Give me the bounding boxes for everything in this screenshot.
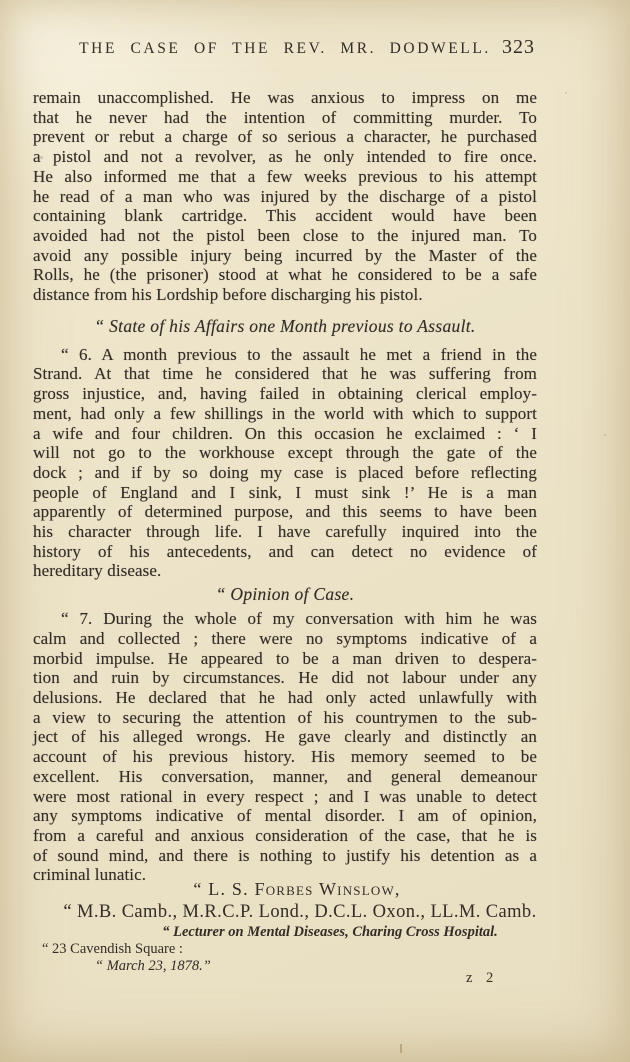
text-line: that he never had the intention of commi… (33, 108, 537, 128)
book-page: THE CASE OF THE REV. MR. DODWELL. 323 re… (0, 0, 630, 1062)
text-line: dock ; and if by so doing my case is pla… (33, 463, 537, 483)
text-line: hereditary disease. (33, 561, 537, 581)
signature-address: “ 23 Cavendish Square : (33, 941, 537, 958)
signature-name: “ L. S. Forbes Winslow, (45, 879, 549, 899)
text-line: a pistol and not a revolver, as he only … (33, 147, 537, 167)
paper-speck (565, 92, 567, 94)
text-line: Rolls, he (the prisoner) stood at what h… (33, 265, 537, 285)
text-line: calm and collected ; there were no sympt… (33, 629, 537, 649)
text-line: he read of a man who was injured by the … (33, 187, 537, 207)
page-content: THE CASE OF THE REV. MR. DODWELL. 323 re… (0, 0, 630, 975)
signature-block: “ L. S. Forbes Winslow, “ M.B. Camb., M.… (33, 879, 537, 975)
section-heading-state-of-affairs: “ State of his Affairs one Month previou… (33, 315, 537, 337)
text-line: Strand. At that time he considered that … (33, 364, 537, 384)
text-line: tion and ruin by circumstances. He did n… (33, 668, 537, 688)
text-line: were most rational in every respect ; an… (33, 787, 537, 807)
signature-title: “ Lecturer on Mental Diseases, Charing C… (78, 923, 582, 941)
text-line: any symptoms indicative of mental disord… (33, 806, 537, 826)
running-head: THE CASE OF THE REV. MR. DODWELL. 323 (33, 40, 537, 64)
text-line: a view to securing the attention of his … (33, 708, 537, 728)
paper-mark (400, 1044, 402, 1053)
text-line: history of his antecedents, and can dete… (33, 542, 537, 562)
text-line: “ 6. A month previous to the assault he … (33, 345, 537, 365)
paper-speck (604, 434, 606, 436)
section-heading-opinion-of-case: “ Opinion of Case. (33, 583, 537, 605)
text-line: will not go to the workhouse except thro… (33, 443, 537, 463)
text-line: remain unaccomplished. He was anxious to… (33, 88, 537, 108)
text-line: gross injustice, and, having failed in o… (33, 384, 537, 404)
text-line: containing blank cartridge. This acciden… (33, 206, 537, 226)
text-line: people of England and I sink, I must sin… (33, 483, 537, 503)
running-title: THE CASE OF THE REV. MR. DODWELL. (79, 40, 491, 57)
page-number: 323 (502, 36, 535, 59)
text-line: prevent or rebut a charge of so serious … (33, 127, 537, 147)
text-line: ject of his alleged wrongs. He gave clea… (33, 727, 537, 747)
text-line: ment, had only a few shillings in the wo… (33, 404, 537, 424)
text-line: “ 7. During the whole of my conversation… (33, 609, 537, 629)
text-line: avoided had not the pistol been close to… (33, 226, 537, 246)
paper-speck (40, 156, 43, 159)
text-line: distance from his Lordship before discha… (33, 285, 537, 305)
signature-credentials: “ M.B. Camb., M.R.C.P. Lond., D.C.L. Oxo… (48, 901, 552, 923)
text-line: avoid any possible injury being incurred… (33, 246, 537, 266)
text-line: his character through life. I have caref… (33, 522, 537, 542)
text-line: He also informed me that a few weeks pre… (33, 167, 537, 187)
paragraph-6: “ 6. A month previous to the assault he … (33, 345, 537, 581)
text-line: a wife and four children. On this occasi… (33, 424, 537, 444)
text-line: from a careful and anxious consideration… (33, 826, 537, 846)
text-line: account of his previous history. His mem… (33, 747, 537, 767)
signature-date: “ March 23, 1878.” (33, 958, 537, 975)
text-line: excellent. His conversation, manner, and… (33, 767, 537, 787)
text-line: delusions. He declared that he had only … (33, 688, 537, 708)
text-line: morbid impulse. He appeared to be a man … (33, 649, 537, 669)
printers-signature-mark: z 2 (466, 970, 494, 987)
text-line: of sound mind, and there is nothing to j… (33, 846, 537, 866)
paragraph-continuation: remain unaccomplished. He was anxious to… (33, 88, 537, 305)
text-line: apparently of determined purpose, and th… (33, 502, 537, 522)
paragraph-7: “ 7. During the whole of my conversation… (33, 609, 537, 885)
